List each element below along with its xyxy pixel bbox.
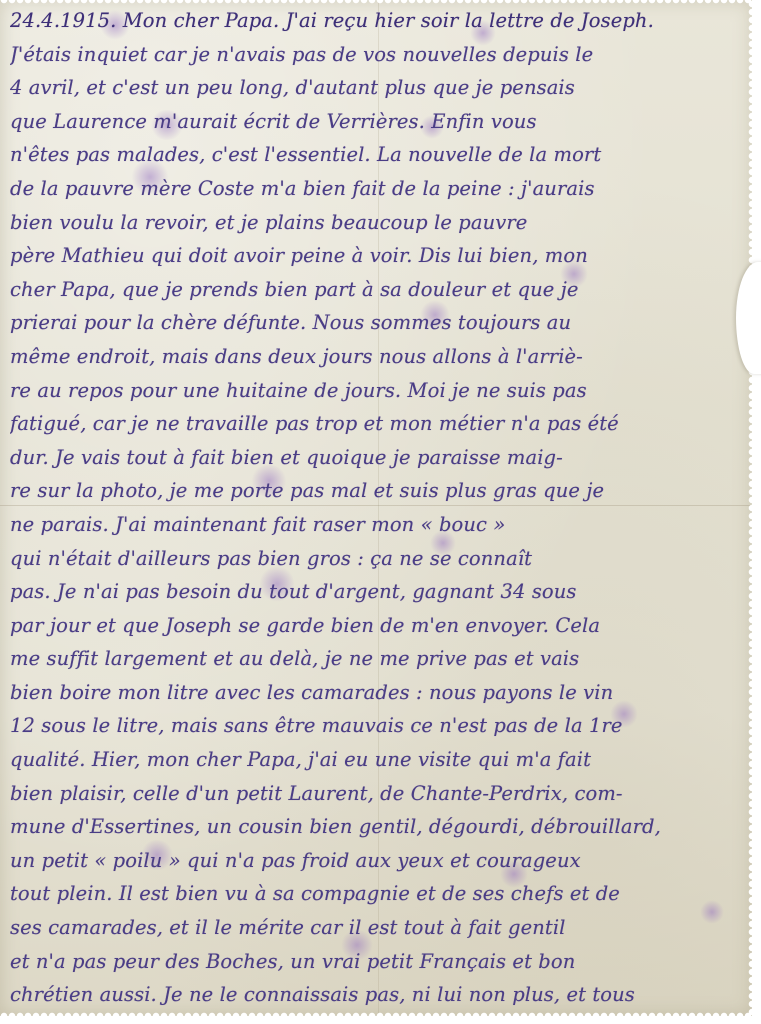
letter-line: de la pauvre mère Coste m'a bien fait de… [10, 172, 745, 206]
letter-line: un petit « poilu » qui n'a pas froid aux… [10, 844, 745, 878]
letter-line: J'étais inquiet car je n'avais pas de vo… [10, 38, 745, 72]
scalloped-edge-right [746, 0, 752, 1016]
letter-page: 24.4.1915. Mon cher Papa. J'ai reçu hier… [0, 0, 752, 1016]
letter-line: qualité. Hier, mon cher Papa, j'ai eu un… [10, 743, 745, 777]
letter-line: bien voulu la revoir, et je plains beauc… [10, 206, 745, 240]
letter-line: 24.4.1915. Mon cher Papa. J'ai reçu hier… [10, 4, 745, 38]
letter-line: par jour et que Joseph se garde bien de … [10, 609, 745, 643]
letter-line: 4 avril, et c'est un peu long, d'autant … [10, 71, 745, 105]
letter-line: re sur la photo, je me porte pas mal et … [10, 474, 745, 508]
letter-line: cher Papa, que je prends bien part à sa … [10, 273, 745, 307]
letter-line: père Mathieu qui doit avoir peine à voir… [10, 239, 745, 273]
letter-line: pas. Je n'ai pas besoin du tout d'argent… [10, 575, 745, 609]
scalloped-edge-bottom [0, 1010, 752, 1016]
letter-line: bien plaisir, celle d'un petit Laurent, … [10, 777, 745, 811]
letter-line: mune d'Essertines, un cousin bien gentil… [10, 810, 745, 844]
letter-line: bien boire mon litre avec les camarades … [10, 676, 745, 710]
scalloped-edge-top [0, 0, 752, 6]
letter-line: ne parais. J'ai maintenant fait raser mo… [10, 508, 745, 542]
letter-line: dur. Je vais tout à fait bien et quoique… [10, 441, 745, 475]
letter-line: même endroit, mais dans deux jours nous … [10, 340, 745, 374]
letter-line: me suffit largement et au delà, je ne me… [10, 642, 745, 676]
letter-line: ses camarades, et il le mérite car il es… [10, 911, 745, 945]
letter-line: tout plein. Il est bien vu à sa compagni… [10, 877, 745, 911]
letter-line: chrétien aussi. Je ne le connaissais pas… [10, 978, 745, 1012]
letter-line: fatigué, car je ne travaille pas trop et… [10, 407, 745, 441]
letter-line: qui n'était d'ailleurs pas bien gros : ç… [10, 542, 745, 576]
letter-line: n'êtes pas malades, c'est l'essentiel. L… [10, 138, 745, 172]
letter-line: que Laurence m'aurait écrit de Verrières… [10, 105, 745, 139]
letter-line: re au repos pour une huitaine de jours. … [10, 374, 745, 408]
letter-body: 24.4.1915. Mon cher Papa. J'ai reçu hier… [10, 4, 745, 1012]
letter-line: 12 sous le litre, mais sans être mauvais… [10, 709, 745, 743]
letter-line: et n'a pas peur des Boches, un vrai peti… [10, 945, 745, 979]
letter-line: prierai pour la chère défunte. Nous somm… [10, 306, 745, 340]
